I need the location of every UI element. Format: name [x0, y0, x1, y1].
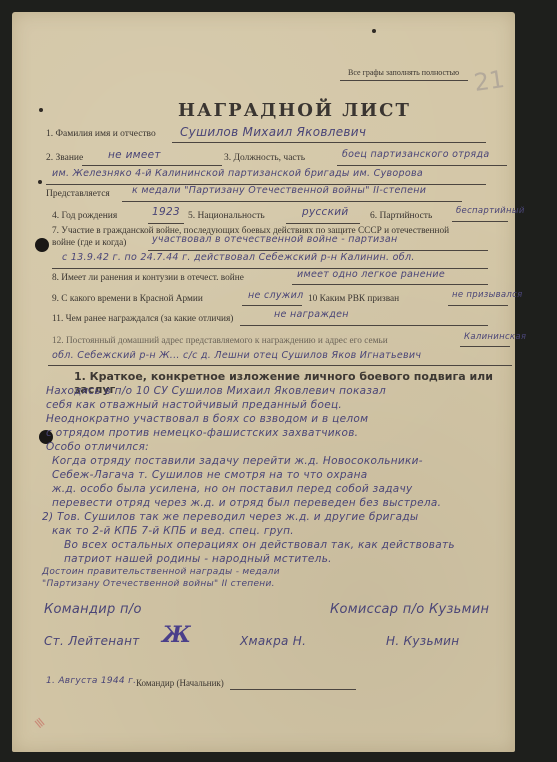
field-7-label-cont: войне (где и когда)	[52, 238, 126, 248]
field-4-line	[148, 223, 184, 224]
field-10-line	[448, 305, 508, 306]
field-8-value: имеет одно легкое ранение	[297, 269, 445, 280]
field-1-label: 1. Фамилия имя и отчество	[46, 129, 156, 139]
commander-rank: Ст. Лейтенант	[44, 634, 140, 648]
ink-dot	[372, 29, 376, 33]
feat-text: Находясь в п/о 10 СУ Сушилов Михаил Яков…	[42, 385, 512, 591]
field-9-line	[242, 305, 302, 306]
commander-name: Хмакра Н.	[240, 634, 306, 648]
feat-line: 2) Тов. Сушилов так же переводил через ж…	[42, 511, 512, 525]
feat-line: себя как отважный настойчивый преданный …	[42, 399, 512, 413]
field-6-label: 6. Партийность	[370, 211, 432, 221]
field-3-label: 3. Должность, часть	[224, 153, 305, 163]
feat-line: Неоднократно участвовал в боях со взводо…	[42, 413, 512, 427]
feat-line: патриот нашей родины - народный мститель…	[42, 553, 512, 567]
feat-line: Когда отряду поставили задачу перейти ж.…	[42, 455, 512, 469]
document-title: НАГРАДНОЙ ЛИСТ	[178, 100, 411, 121]
ink-dot	[38, 180, 42, 184]
field-7-value: участвовал в отечественной войне - парти…	[152, 234, 398, 245]
field-7-value-continued: с 13.9.42 г. по 24.7.44 г. действовал Се…	[62, 252, 415, 263]
notice-underline	[340, 80, 468, 81]
field-2-value: не имеет	[108, 149, 161, 161]
punch-hole-top	[35, 238, 49, 252]
ink-dot	[39, 108, 43, 112]
field-3-value-continued: им. Железняко 4-й Калининской партизанск…	[52, 168, 423, 179]
field-10-label: 10 Каким РВК призван	[308, 294, 399, 304]
feat-line: "Партизану Отечественной войны" II степе…	[42, 579, 512, 591]
feat-line: Достоин правительственной награды - меда…	[42, 567, 512, 579]
commander-label: Командир (Начальник)	[136, 678, 224, 688]
award-sheet-document: Все графы заполнять полностью 21 НАГРАДН…	[12, 12, 515, 752]
feat-line: Себеж-Лагача т. Сушилов не смотря на то …	[42, 469, 512, 483]
field-12-label: 12. Постоянный домашний адрес представля…	[52, 336, 388, 346]
presented-label: Представляется	[46, 189, 110, 199]
archive-number-mark: 21	[472, 65, 506, 97]
feat-line: Во всех остальных операциях он действова…	[42, 539, 512, 553]
field-12-line	[460, 346, 510, 347]
commissar-title: Комиссар п/о Кузьмин	[330, 602, 489, 617]
field-7-line	[148, 250, 488, 251]
commander-signature: Ж	[162, 622, 191, 648]
field-5-line	[286, 223, 360, 224]
feat-line: Особо отличился:	[42, 441, 512, 455]
field-3-line	[337, 165, 507, 166]
field-8-label: 8. Имеет ли ранения и контузии в отечест…	[52, 273, 244, 283]
feat-line: ж.д. особо была усилена, но он поставил …	[42, 483, 512, 497]
field-6-value: беспартийный	[456, 206, 525, 216]
feat-line: как то 2-й КПБ 7-й КПБ и вед. спец. груп…	[42, 525, 512, 539]
commander-title: Командир п/о	[44, 602, 142, 617]
field-1-line	[172, 142, 486, 143]
red-archive-mark: Ⅲ	[32, 715, 48, 732]
field-12-value-continued: обл. Себежский р-н Ж... с/с д. Лешни оте…	[52, 350, 421, 361]
signing-date: 1. Августа 1944 г.	[46, 676, 136, 686]
field-12-cont-line	[48, 365, 512, 366]
field-5-label: 5. Национальность	[188, 211, 265, 221]
field-9-value: не служил	[248, 290, 304, 301]
commissar-name: Н. Кузьмин	[386, 634, 459, 648]
field-5-value: русский	[302, 206, 349, 218]
field-2-label: 2. Звание	[46, 153, 83, 163]
commander-signature-line	[230, 689, 356, 690]
feat-line: перевести отряд через ж.д. и отряд был п…	[42, 497, 512, 511]
field-12-value: Калининская	[464, 332, 526, 342]
fill-notice: Все графы заполнять полностью	[348, 68, 459, 77]
presented-value: к медали "Партизану Отечественной войны"…	[132, 185, 426, 196]
field-2-line	[82, 165, 222, 166]
feat-line: Находясь в п/о 10 СУ Сушилов Михаил Яков…	[42, 385, 512, 399]
presented-line	[122, 201, 462, 202]
field-1-value: Сушилов Михаил Яковлевич	[180, 125, 366, 139]
field-9-label: 9. С какого времени в Красной Армии	[52, 294, 203, 304]
field-6-line	[452, 221, 508, 222]
field-11-line	[240, 325, 488, 326]
field-11-value: не награжден	[274, 309, 349, 320]
field-11-label: 11. Чем ранее награждался (за какие отли…	[52, 314, 233, 324]
feat-line: с отрядом против немецко-фашистских захв…	[42, 427, 512, 441]
field-4-value: 1923	[152, 206, 180, 218]
field-3-value: боец партизанского отряда	[342, 149, 489, 160]
field-4-label: 4. Год рождения	[52, 211, 117, 221]
field-10-value: не призывался	[452, 290, 523, 300]
field-8-line	[292, 284, 488, 285]
